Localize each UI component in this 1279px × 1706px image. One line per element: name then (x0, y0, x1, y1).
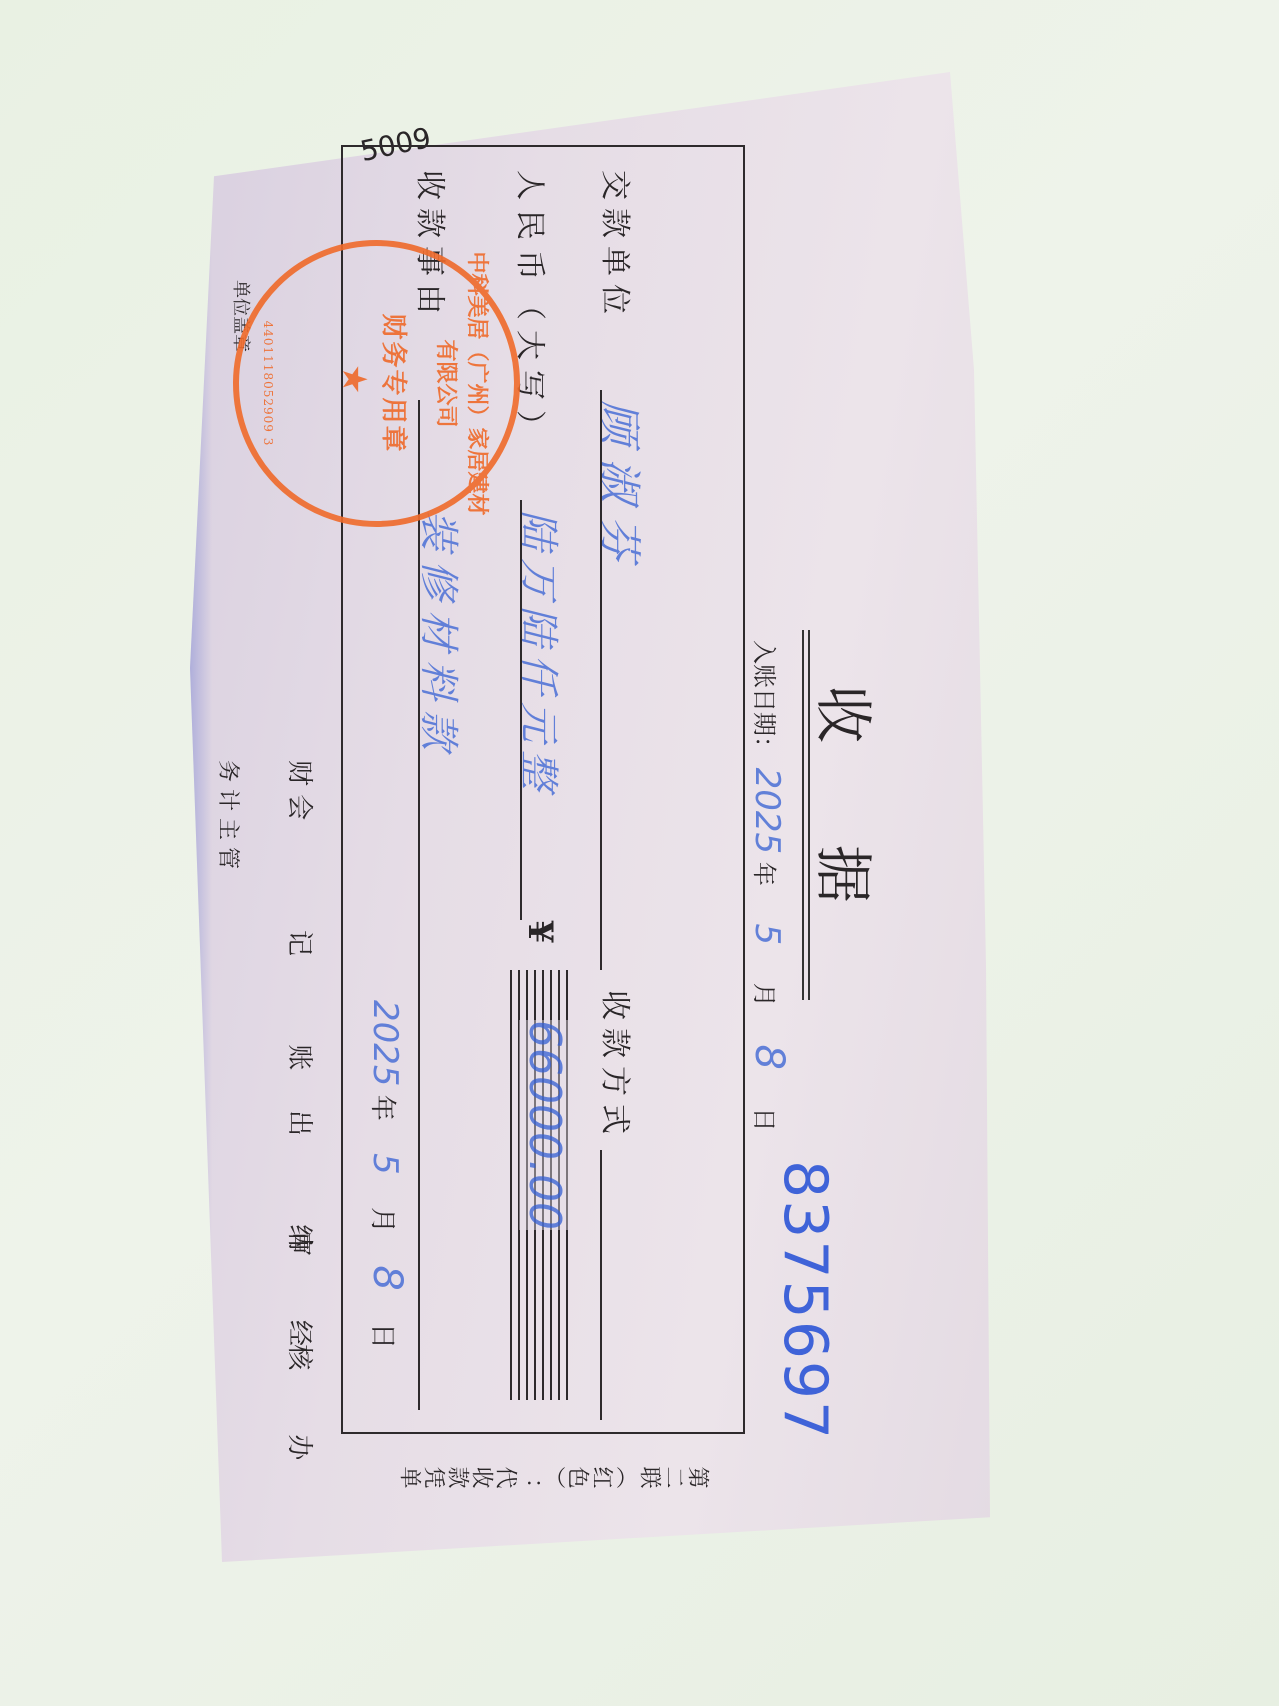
entry-date-row: 入账日期： 2025 年 5 月 8 日 (746, 640, 792, 1131)
title-underline (808, 630, 810, 1000)
payment-method-label: 收款方式 (596, 990, 640, 1142)
sig-bookkeeper: 记 账 (283, 930, 320, 1110)
currency-symbol: ¥ (520, 920, 560, 944)
copy-label: 第二联（红色）：代收款凭单 (398, 1460, 710, 1491)
receipt-document: 收 据 8375697 入账日期： 2025 年 5 月 8 日 交款单位 顾淑… (180, 70, 1000, 1560)
sign-date-day: 8 (364, 1241, 410, 1314)
amount-figures: 66000.00 (519, 1020, 570, 1230)
sign-date-row: 2025 年 5 月 8 日 (364, 1000, 410, 1349)
stamp-number: 4401118052909 3 (261, 246, 275, 521)
sign-date-year: 2025 (365, 1000, 405, 1087)
entry-date-day: 8 (746, 1014, 792, 1099)
sign-date-month: 5 (365, 1129, 405, 1199)
payer-line (600, 390, 602, 970)
day-unit: 日 (750, 1107, 778, 1131)
star-icon: ★ (334, 364, 374, 394)
entry-date-year: 2025 (747, 768, 787, 855)
receipt-number: 8375697 (770, 1160, 840, 1441)
sig-accounting: 务 计 主 管 (214, 760, 245, 869)
entry-date-label: 入账日期： (750, 640, 778, 760)
amount-words-line (520, 500, 522, 920)
month-unit: 月 (750, 983, 778, 1007)
reason-line (418, 400, 420, 1410)
entry-date-month: 5 (747, 893, 787, 975)
reason-value: 装修材料款 (413, 510, 470, 760)
sign-day-unit: 日 (367, 1323, 397, 1349)
sign-year-unit: 年 (367, 1095, 397, 1121)
stamp-ring-text: 中科美居（广州）家居建材有限公司 (432, 246, 494, 521)
title-char-2: 据 (806, 845, 890, 903)
sig-handler: 经 办 (283, 1320, 320, 1500)
payment-method-line (600, 1150, 602, 1420)
sign-month-unit: 月 (367, 1207, 397, 1233)
company-stamp: 中科美居（广州）家居建材有限公司 财务专用章 4401118052909 3 ★ (233, 240, 520, 527)
title-underline-2 (802, 630, 804, 1000)
payer-label: 交款单位 (596, 170, 640, 322)
title-char-1: 收 (806, 685, 890, 743)
year-unit: 年 (750, 862, 778, 886)
stamp-center-text: 财务专用章 (377, 246, 414, 521)
sig-finance: 财 会 (283, 760, 320, 820)
